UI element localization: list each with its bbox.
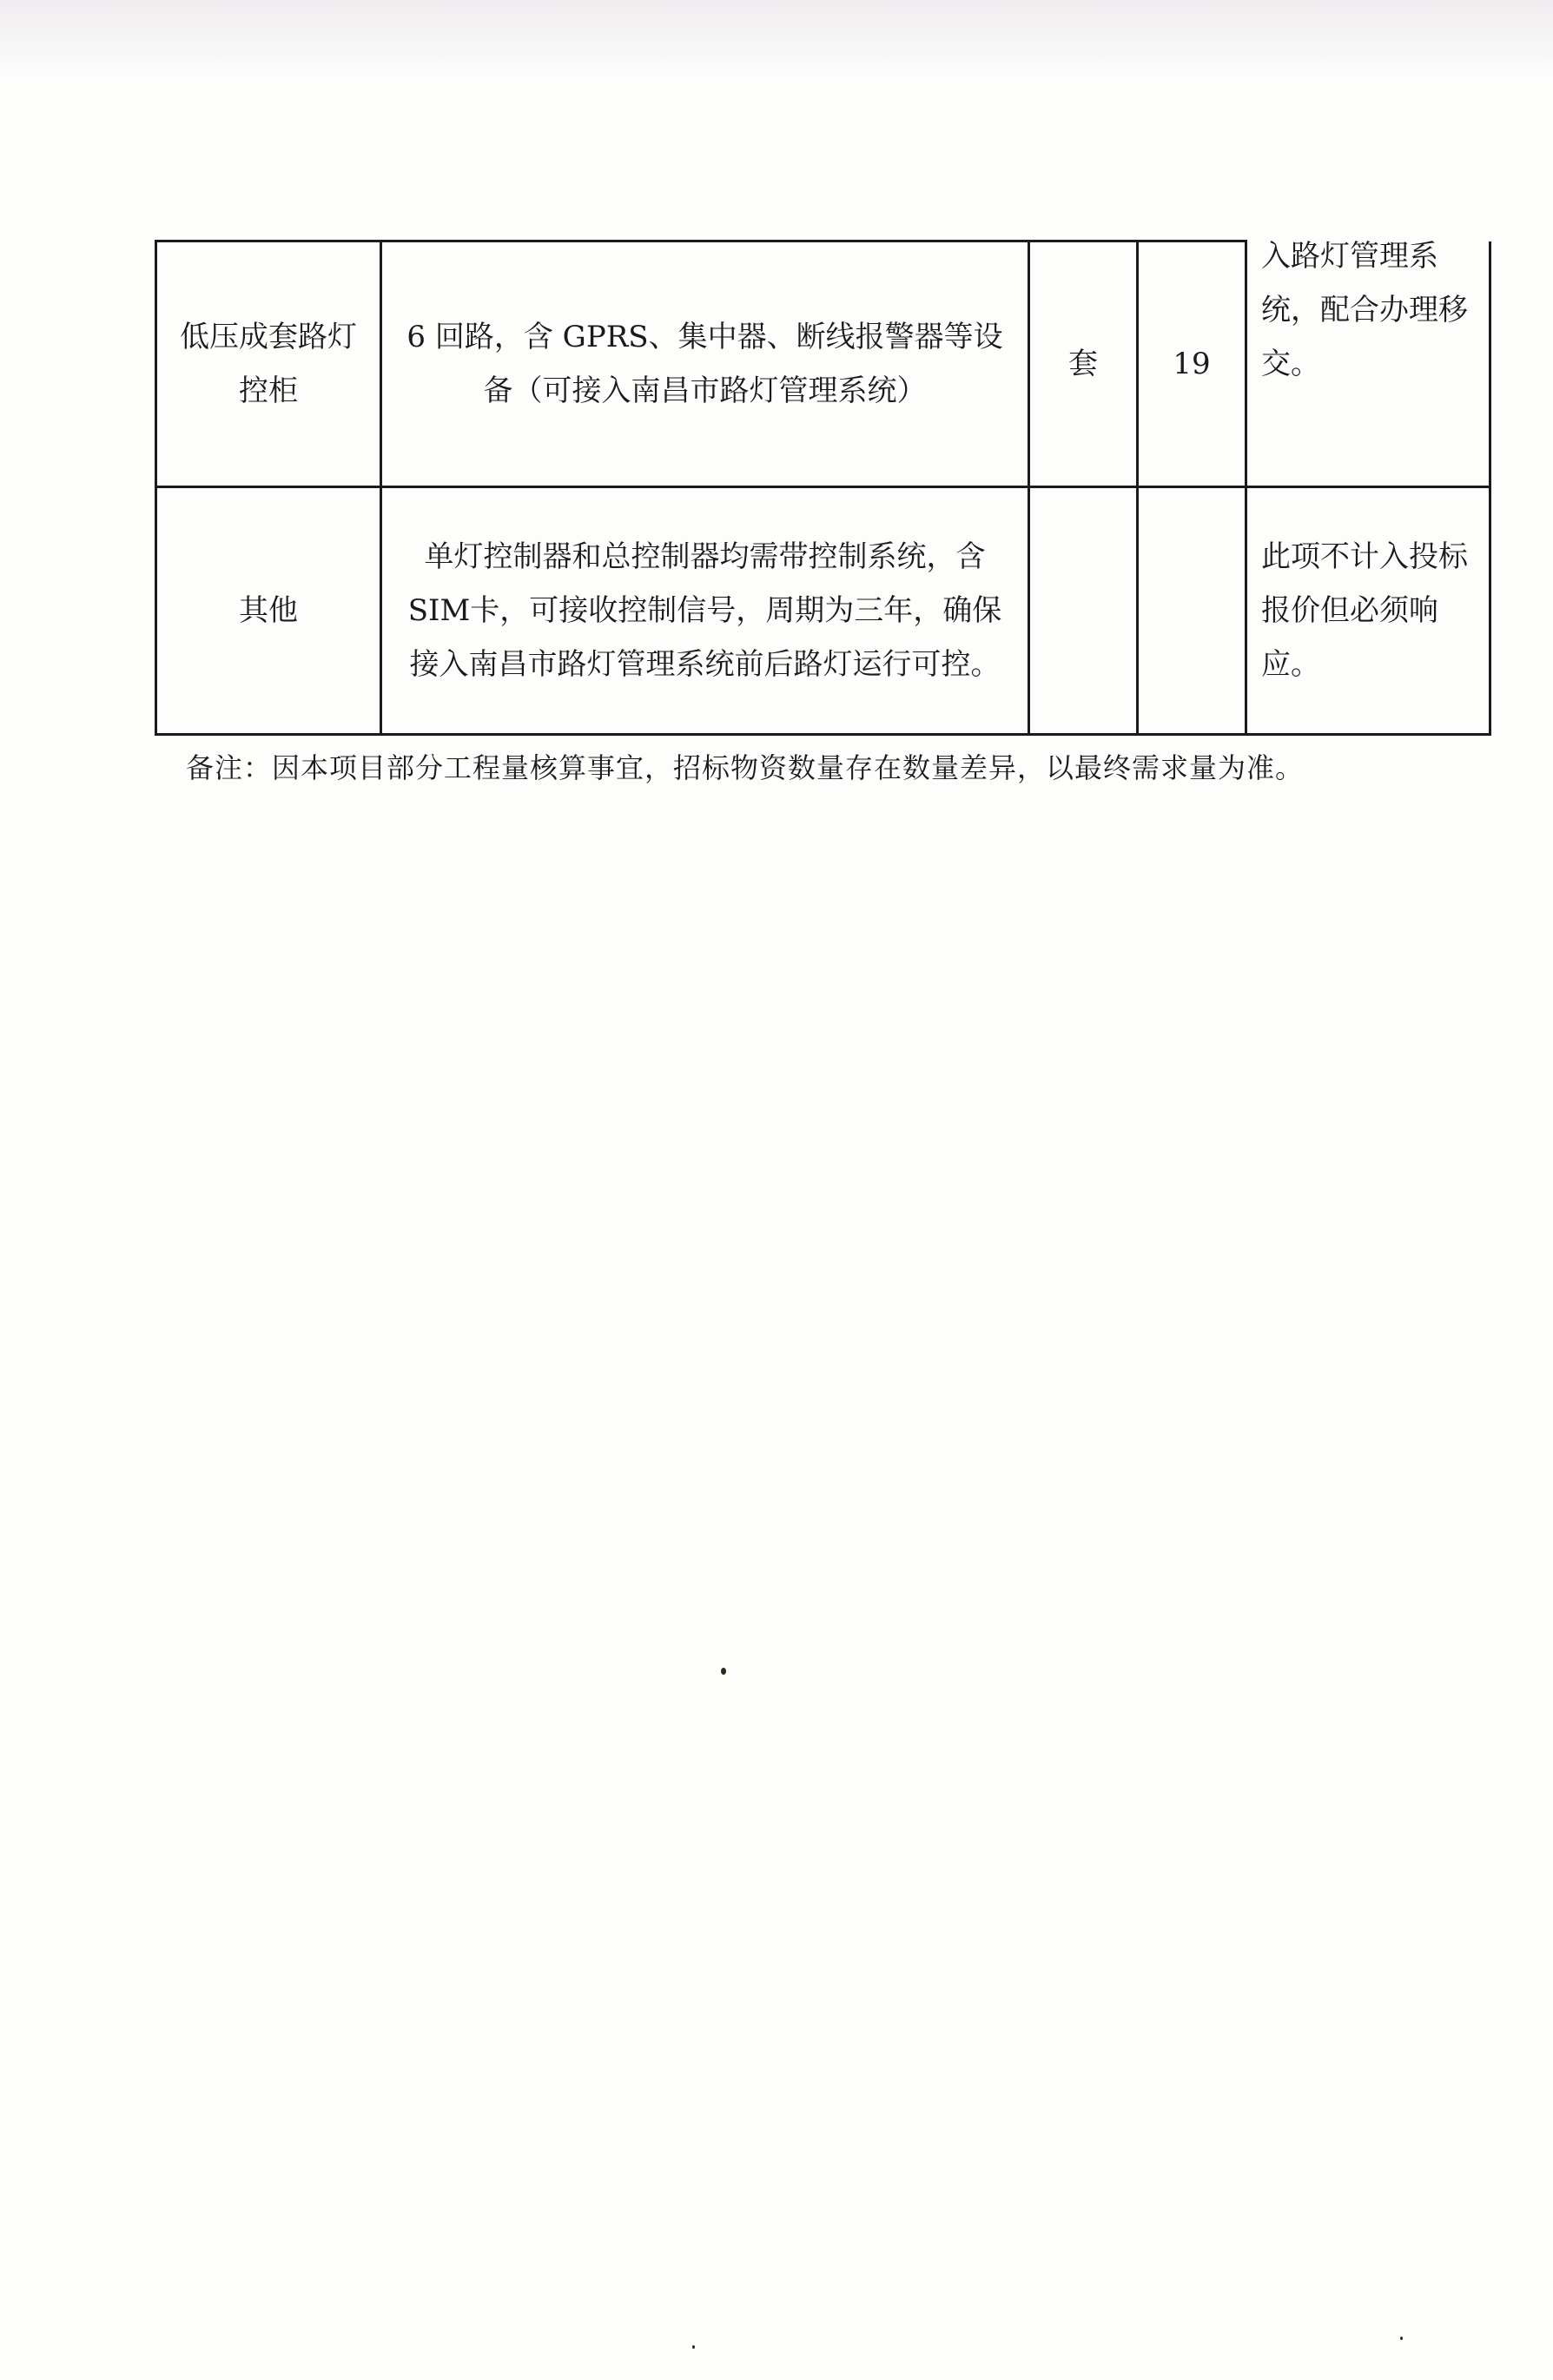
scan-speck xyxy=(692,2345,695,2349)
item-unit-cell xyxy=(1029,487,1138,735)
item-spec-cell: 6 回路，含 GPRS、集中器、断线报警器等设备（可接入南昌市路灯管理系统） xyxy=(381,241,1029,487)
materials-table: 低压成套路灯控柜 6 回路，含 GPRS、集中器、断线报警器等设备（可接入南昌市… xyxy=(155,240,1491,736)
item-remark: 此项不计入投标报价但必须响应。 xyxy=(1261,530,1478,691)
item-spec: 6 回路，含 GPRS、集中器、断线报警器等设备（可接入南昌市路灯管理系统） xyxy=(394,310,1015,418)
item-spec: 单灯控制器和总控制器均需带控制系统，含SIM卡，可接收控制信号，周期为三年，确保… xyxy=(394,530,1015,691)
item-quantity-cell: 19 xyxy=(1138,241,1246,487)
table-row: 低压成套路灯控柜 6 回路，含 GPRS、集中器、断线报警器等设备（可接入南昌市… xyxy=(156,241,1490,487)
item-name: 其他 xyxy=(177,584,360,638)
footnote: 备注：因本项目部分工程量核算事宜，招标物资数量存在数量差异，以最终需求量为准。 xyxy=(186,749,1304,787)
item-name-cell: 其他 xyxy=(156,487,381,735)
table-row: 其他 单灯控制器和总控制器均需带控制系统，含SIM卡，可接收控制信号，周期为三年… xyxy=(156,487,1490,735)
item-unit: 套 xyxy=(1068,347,1098,381)
item-name-cell: 低压成套路灯控柜 xyxy=(156,241,381,487)
item-spec-cell: 单灯控制器和总控制器均需带控制系统，含SIM卡，可接收控制信号，周期为三年，确保… xyxy=(381,487,1029,735)
item-remark: 入路灯管理系统，配合办理移交。 xyxy=(1261,229,1478,391)
item-unit-cell: 套 xyxy=(1029,241,1138,487)
item-quantity: 19 xyxy=(1173,347,1210,381)
item-name: 低压成套路灯控柜 xyxy=(177,310,360,418)
item-quantity-cell xyxy=(1138,487,1246,735)
scan-speck xyxy=(721,1668,726,1675)
scan-shadow xyxy=(0,0,1553,78)
scan-speck xyxy=(1400,2337,1403,2340)
item-remark-cell: 入路灯管理系统，配合办理移交。 xyxy=(1246,241,1490,487)
item-remark-cell: 此项不计入投标报价但必须响应。 xyxy=(1246,487,1490,735)
